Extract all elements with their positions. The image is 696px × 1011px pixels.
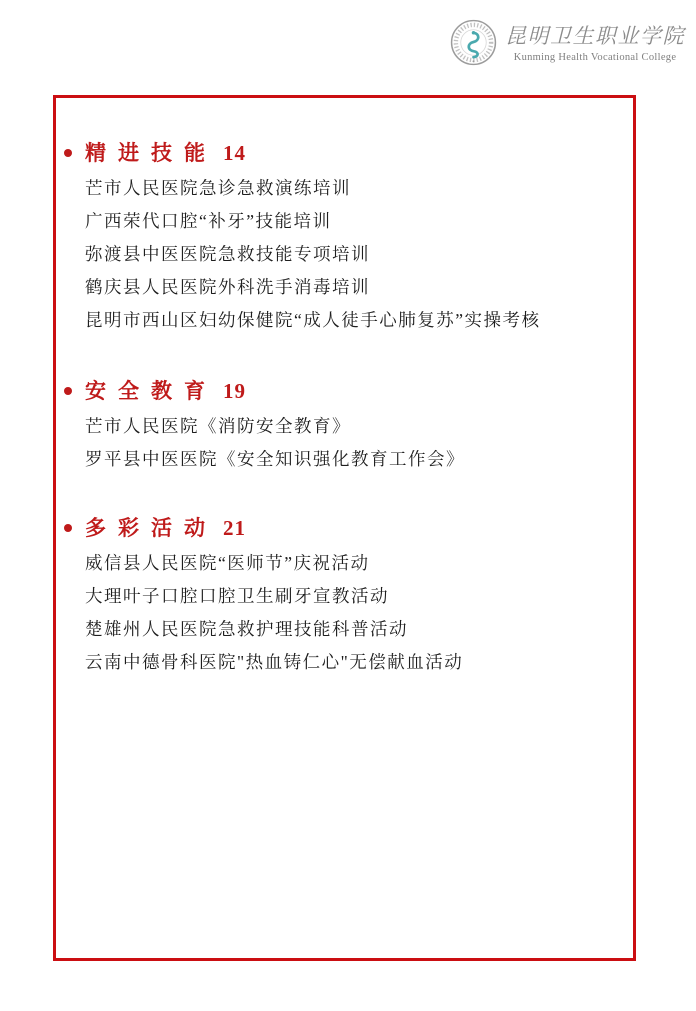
college-name-block: 昆明卫生职业学院 Kunming Health Vocational Colle… bbox=[505, 19, 685, 63]
section-items: 芒市人民医院《消防安全教育》 罗平县中医医院《安全知识强化教育工作会》 bbox=[85, 410, 609, 476]
toc-content: 精进技能 14 芒市人民医院急诊急救演练培训 广西荣代口腔“补牙”技能培训 弥渡… bbox=[56, 98, 633, 679]
college-name-en: Kunming Health Vocational College bbox=[505, 52, 685, 63]
toc-entry: 芒市人民医院急诊急救演练培训 bbox=[85, 172, 609, 205]
college-name-zh: 昆明卫生职业学院 bbox=[505, 23, 685, 49]
bullet-icon bbox=[64, 387, 72, 395]
section-items: 芒市人民医院急诊急救演练培训 广西荣代口腔“补牙”技能培训 弥渡县中医医院急救技… bbox=[85, 172, 609, 337]
toc-frame: 精进技能 14 芒市人民医院急诊急救演练培训 广西荣代口腔“补牙”技能培训 弥渡… bbox=[53, 95, 636, 961]
toc-entry: 云南中德骨科医院"热血铸仁心"无偿献血活动 bbox=[85, 646, 609, 679]
toc-entry: 鹤庆县人民医院外科洗手消毒培训 bbox=[85, 271, 609, 304]
section-page-number: 21 bbox=[223, 516, 246, 541]
section-title: 多彩活动 bbox=[85, 516, 217, 540]
bullet-icon bbox=[64, 524, 72, 532]
toc-entry: 弥渡县中医医院急救技能专项培训 bbox=[85, 238, 609, 271]
bullet-icon bbox=[64, 149, 72, 157]
section-title-row: 精进技能 14 bbox=[64, 141, 609, 165]
college-seal-icon bbox=[450, 19, 497, 66]
section-page-number: 19 bbox=[223, 379, 246, 404]
toc-entry: 大理叶子口腔口腔卫生刷牙宣教活动 bbox=[85, 580, 609, 613]
toc-section-jingjin-jineng: 精进技能 14 芒市人民医院急诊急救演练培训 广西荣代口腔“补牙”技能培训 弥渡… bbox=[85, 141, 609, 337]
toc-entry: 罗平县中医医院《安全知识强化教育工作会》 bbox=[85, 443, 609, 476]
toc-entry: 楚雄州人民医院急救护理技能科普活动 bbox=[85, 613, 609, 646]
toc-entry: 芒市人民医院《消防安全教育》 bbox=[85, 410, 609, 443]
toc-section-duocai-huodong: 多彩活动 21 威信县人民医院“医师节”庆祝活动 大理叶子口腔口腔卫生刷牙宣教活… bbox=[85, 516, 609, 679]
section-title-row: 安全教育 19 bbox=[64, 379, 609, 403]
toc-entry: 威信县人民医院“医师节”庆祝活动 bbox=[85, 547, 609, 580]
toc-section-anquan-jiaoyu: 安全教育 19 芒市人民医院《消防安全教育》 罗平县中医医院《安全知识强化教育工… bbox=[85, 379, 609, 476]
section-title: 精进技能 bbox=[85, 141, 217, 165]
toc-entry: 昆明市西山区妇幼保健院“成人徒手心肺复苏”实操考核 bbox=[85, 304, 609, 337]
section-title-row: 多彩活动 21 bbox=[64, 516, 609, 540]
document-page: 昆明卫生职业学院 Kunming Health Vocational Colle… bbox=[0, 0, 696, 1011]
toc-entry: 广西荣代口腔“补牙”技能培训 bbox=[85, 205, 609, 238]
section-items: 威信县人民医院“医师节”庆祝活动 大理叶子口腔口腔卫生刷牙宣教活动 楚雄州人民医… bbox=[85, 547, 609, 679]
college-header: 昆明卫生职业学院 Kunming Health Vocational Colle… bbox=[450, 19, 685, 66]
section-page-number: 14 bbox=[223, 141, 246, 166]
section-title: 安全教育 bbox=[85, 379, 217, 403]
